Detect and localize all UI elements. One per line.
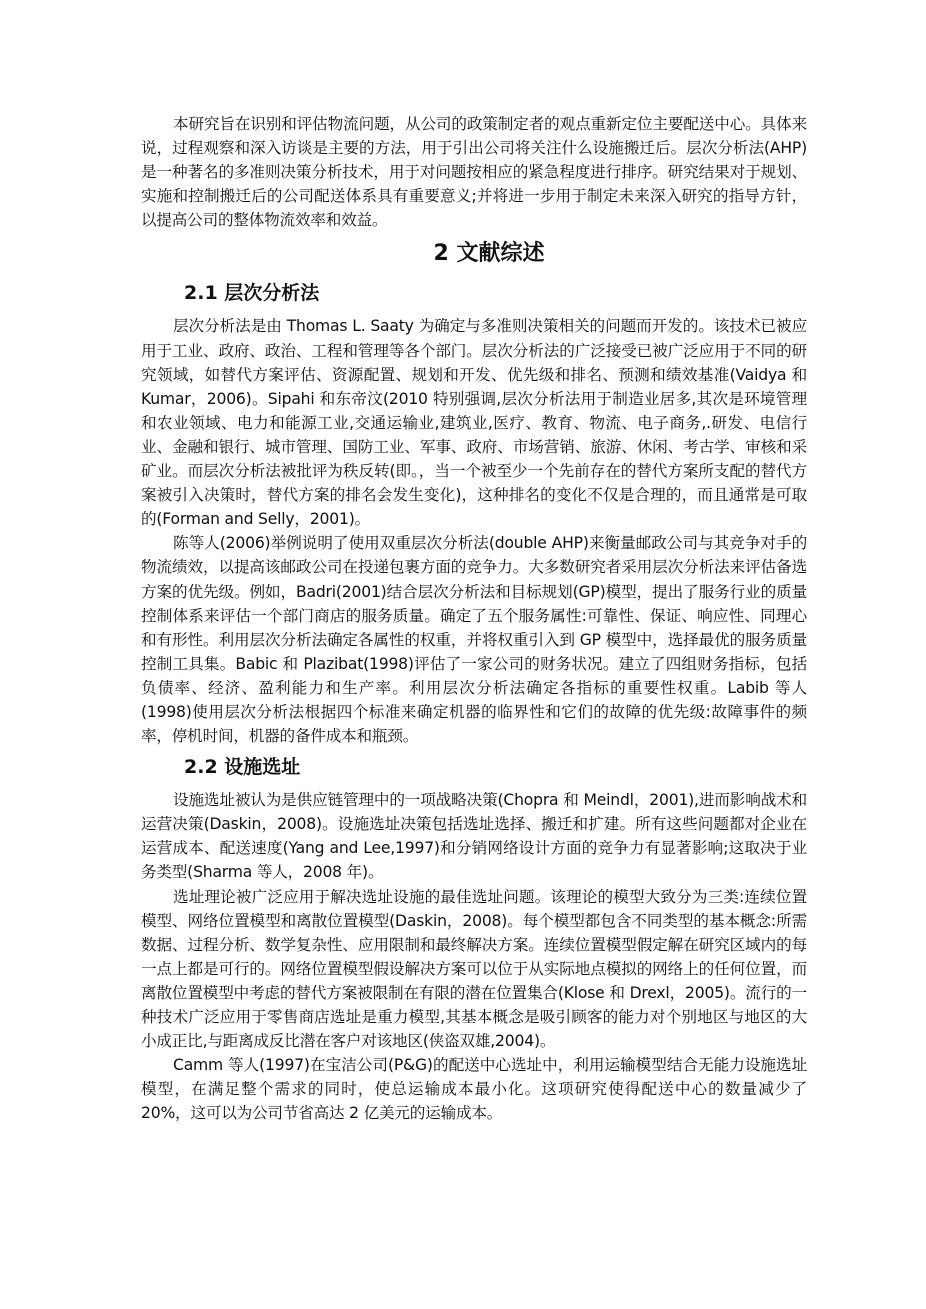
chapter-title: 2 文献综述	[141, 238, 807, 270]
body-paragraph: 层次分析法是由 Thomas L. Saaty 为确定与多准则决策相关的问题而开…	[141, 314, 807, 531]
intro-paragraph: 本研究旨在识别和评估物流问题，从公司的政策制定者的观点重新定位主要配送中心。具体…	[141, 112, 807, 232]
section-title-ahp: 2.1 层次分析法	[141, 278, 807, 308]
body-paragraph: 设施选址被认为是供应链管理中的一项战略决策(Chopra 和 Meindl，20…	[141, 788, 807, 884]
body-paragraph: Camm 等人(1997)在宝洁公司(P&G)的配送中心选址中，利用运输模型结合…	[141, 1053, 807, 1125]
body-paragraph: 选址理论被广泛应用于解决选址设施的最佳选址问题。该理论的模型大致分为三类:连续位…	[141, 885, 807, 1054]
document-page: 本研究旨在识别和评估物流问题，从公司的政策制定者的观点重新定位主要配送中心。具体…	[141, 112, 807, 1125]
body-paragraph: 陈等人(2006)举例说明了使用双重层次分析法(double AHP)来衡量邮政…	[141, 531, 807, 748]
section-title-facility-location: 2.2 设施选址	[141, 752, 807, 782]
